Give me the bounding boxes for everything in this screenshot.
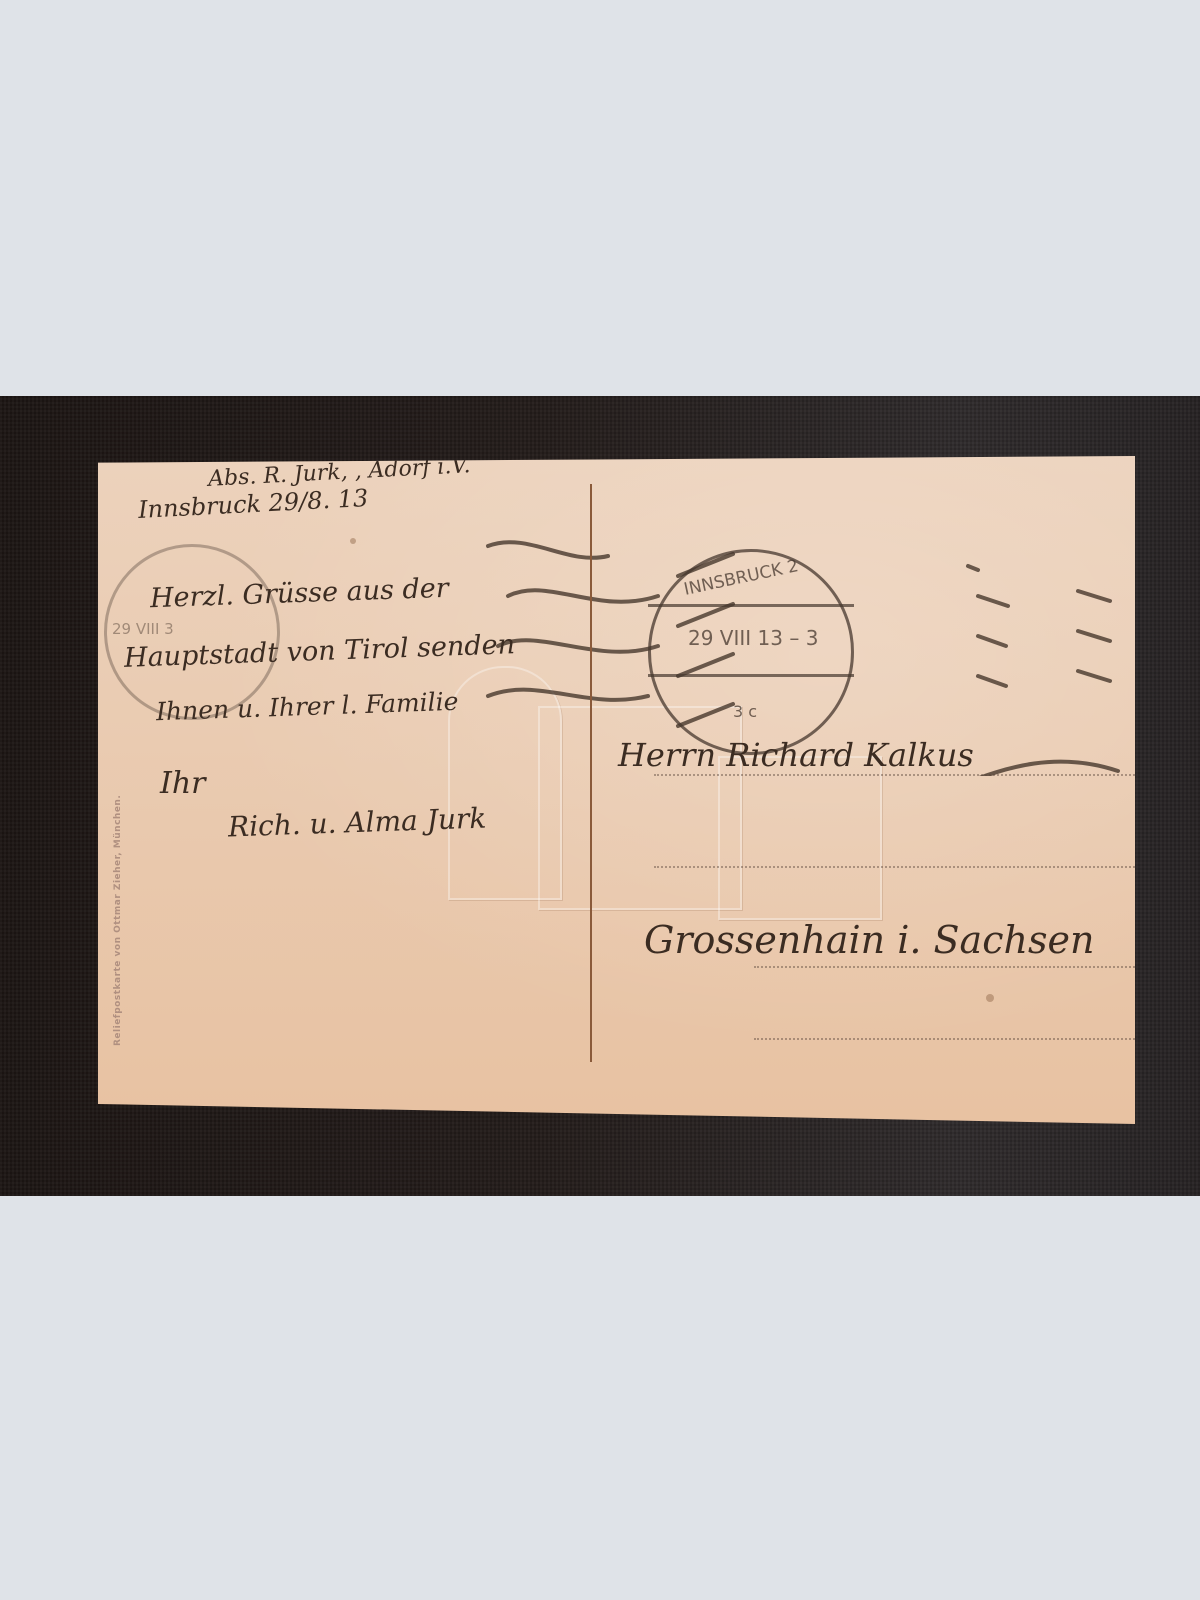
place-date-line: Innsbruck 29/8. 13 xyxy=(137,484,368,524)
publisher-imprint: Reliefpostkarte von Ottmar Zieher, Münch… xyxy=(113,795,123,1046)
postmark-left-date: 29 VIII 3 xyxy=(112,620,174,638)
message-line-4: Ihr xyxy=(160,766,206,801)
center-divider-line xyxy=(590,484,592,1062)
postcard: Reliefpostkarte von Ottmar Zieher, Münch… xyxy=(98,456,1135,1124)
postmark-bar-bottom xyxy=(648,674,854,677)
paper-spot xyxy=(986,994,994,1002)
photo-background: Reliefpostkarte von Ottmar Zieher, Münch… xyxy=(0,396,1200,1196)
address-line-2 xyxy=(654,866,1174,868)
recipient-name: Herrn Richard Kalkus xyxy=(618,736,974,774)
postmark-bottom: 3 c xyxy=(733,702,757,721)
embossed-relief-wall xyxy=(718,756,882,920)
address-line-4 xyxy=(754,1038,1174,1040)
postmark-bar-top xyxy=(648,604,854,607)
address-line-1 xyxy=(654,774,1174,776)
recipient-city: Grossenhain i. Sachsen xyxy=(644,918,1094,962)
address-line-3 xyxy=(754,966,1174,968)
postmark-date: 29 VIII 13 – 3 xyxy=(688,626,818,650)
paper-spot xyxy=(350,538,356,544)
